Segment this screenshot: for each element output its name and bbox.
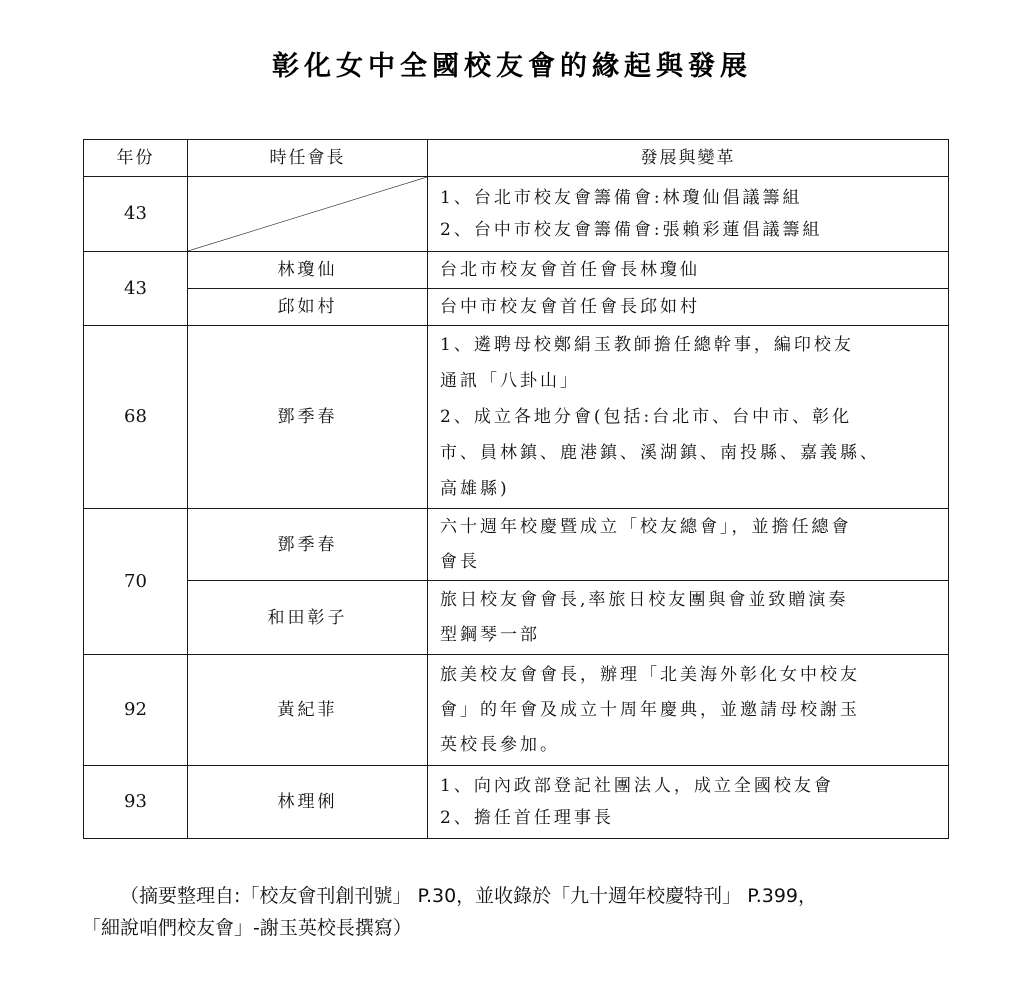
source-note: （摘要整理自:「校友會刊創刊號」 P.30，並收錄於「九十週年校慶特刊」 P.3… bbox=[120, 880, 980, 944]
president-cell: 林理俐 bbox=[188, 766, 428, 839]
year-cell: 93 bbox=[84, 766, 188, 839]
table-header-row: 年份 時任會長 發展與變革 bbox=[84, 140, 949, 177]
development-line: 市、員林鎮、鹿港鎮、溪湖鎮、南投縣、嘉義縣、 bbox=[440, 435, 940, 471]
year-cell: 43 bbox=[84, 177, 188, 252]
development-line: 1、向內政部登記社團法人，成立全國校友會 bbox=[440, 770, 940, 802]
development-line: 2、擔任首任理事長 bbox=[440, 802, 940, 834]
development-line: 旅美校友會會長，辦理「北美海外彰化女中校友 bbox=[440, 658, 940, 693]
header-development: 發展與變革 bbox=[428, 140, 949, 177]
page-title: 彰化女中全國校友會的緣起與發展 bbox=[0, 44, 1024, 83]
development-line: 英校長參加。 bbox=[440, 728, 940, 763]
development-line: 旅日校友會會長,率旅日校友團與會並致贈演奏 bbox=[440, 583, 940, 618]
table-row: 68 鄧季春 1、遴聘母校鄭絹玉教師擔任總幹事，編印校友 通訊「八卦山」 2、成… bbox=[84, 326, 949, 509]
development-line: 通訊「八卦山」 bbox=[440, 363, 940, 399]
president-cell: 林瓊仙 bbox=[188, 252, 428, 289]
header-year: 年份 bbox=[84, 140, 188, 177]
president-cell: 鄧季春 bbox=[188, 509, 428, 581]
year-cell: 92 bbox=[84, 655, 188, 766]
president-cell: 和田彰子 bbox=[188, 581, 428, 655]
development-cell: 1、遴聘母校鄭絹玉教師擔任總幹事，編印校友 通訊「八卦山」 2、成立各地分會(包… bbox=[428, 326, 949, 509]
table-row: 邱如村 台中市校友會首任會長邱如村 bbox=[84, 289, 949, 326]
development-cell: 六十週年校慶暨成立「校友總會」，並擔任總會 會長 bbox=[428, 509, 949, 581]
development-line: 1、台北市校友會籌備會:林瓊仙倡議籌組 bbox=[440, 182, 940, 214]
table-row: 93 林理俐 1、向內政部登記社團法人，成立全國校友會 2、擔任首任理事長 bbox=[84, 766, 949, 839]
table-row: 和田彰子 旅日校友會會長,率旅日校友團與會並致贈演奏 型鋼琴一部 bbox=[84, 581, 949, 655]
development-line: 2、成立各地分會(包括:台北市、台中市、彰化 bbox=[440, 399, 940, 435]
development-line: 會長 bbox=[440, 545, 940, 580]
year-cell: 68 bbox=[84, 326, 188, 509]
development-line: 台北市校友會首任會長林瓊仙 bbox=[440, 254, 940, 286]
header-president: 時任會長 bbox=[188, 140, 428, 177]
development-line: 型鋼琴一部 bbox=[440, 618, 940, 653]
development-cell: 台中市校友會首任會長邱如村 bbox=[428, 289, 949, 326]
table-row: 70 鄧季春 六十週年校慶暨成立「校友總會」，並擔任總會 會長 bbox=[84, 509, 949, 581]
development-cell: 1、向內政部登記社團法人，成立全國校友會 2、擔任首任理事長 bbox=[428, 766, 949, 839]
development-line: 台中市校友會首任會長邱如村 bbox=[440, 291, 940, 323]
table-row: 43 林瓊仙 台北市校友會首任會長林瓊仙 bbox=[84, 252, 949, 289]
development-line: 六十週年校慶暨成立「校友總會」，並擔任總會 bbox=[440, 510, 940, 545]
diagonal-line bbox=[188, 177, 427, 251]
president-cell: 鄧季春 bbox=[188, 326, 428, 509]
development-line: 高雄縣) bbox=[440, 471, 940, 507]
table-row: 43 1、台北市校友會籌備會:林瓊仙倡議籌組 2、台中市校友會籌備會:張賴彩蓮倡… bbox=[84, 177, 949, 252]
development-cell: 台北市校友會首任會長林瓊仙 bbox=[428, 252, 949, 289]
president-cell: 邱如村 bbox=[188, 289, 428, 326]
development-cell: 旅美校友會會長，辦理「北美海外彰化女中校友 會」的年會及成立十周年慶典，並邀請母… bbox=[428, 655, 949, 766]
table-row: 92 黃紀菲 旅美校友會會長，辦理「北美海外彰化女中校友 會」的年會及成立十周年… bbox=[84, 655, 949, 766]
source-note-line-1: （摘要整理自:「校友會刊創刊號」 P.30，並收錄於「九十週年校慶特刊」 P.3… bbox=[120, 885, 817, 907]
development-cell: 旅日校友會會長,率旅日校友團與會並致贈演奏 型鋼琴一部 bbox=[428, 581, 949, 655]
year-cell: 43 bbox=[84, 252, 188, 326]
history-table: 年份 時任會長 發展與變革 43 1、台北市校友會籌備會:林瓊仙倡議籌組 2、台… bbox=[83, 139, 949, 839]
development-line: 1、遴聘母校鄭絹玉教師擔任總幹事，編印校友 bbox=[440, 327, 940, 363]
development-line: 會」的年會及成立十周年慶典，並邀請母校謝玉 bbox=[440, 693, 940, 728]
development-cell: 1、台北市校友會籌備會:林瓊仙倡議籌組 2、台中市校友會籌備會:張賴彩蓮倡議籌組 bbox=[428, 177, 949, 252]
empty-president-cell bbox=[188, 177, 428, 252]
president-cell: 黃紀菲 bbox=[188, 655, 428, 766]
year-cell: 70 bbox=[84, 509, 188, 655]
source-note-line-2: 「細說咱們校友會」-謝玉英校長撰寫） bbox=[82, 912, 980, 944]
development-line: 2、台中市校友會籌備會:張賴彩蓮倡議籌組 bbox=[440, 214, 940, 246]
